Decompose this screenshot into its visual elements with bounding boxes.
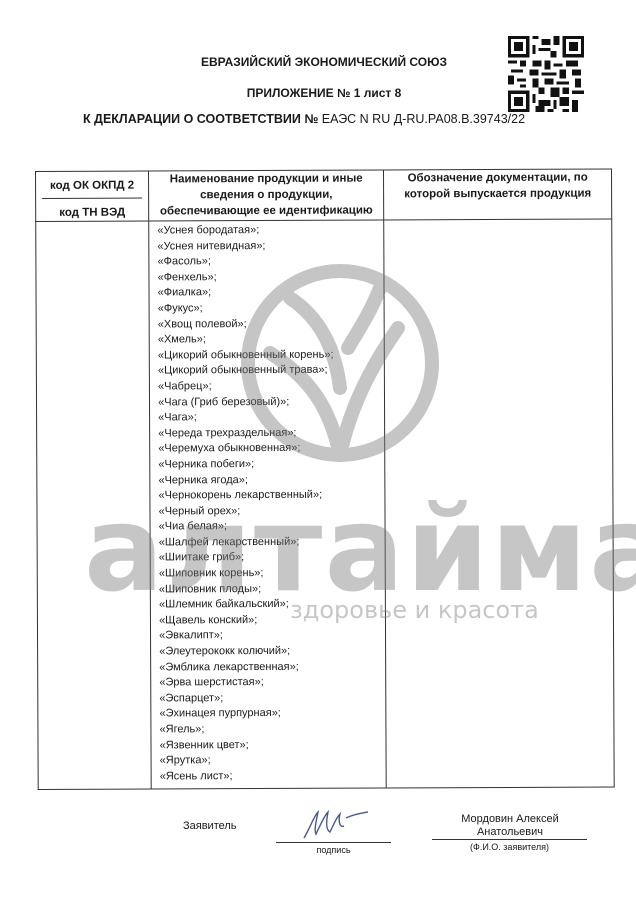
header-okpd2: код ОК ОКПД 2	[42, 172, 142, 199]
list-item: «Уснея нитевидная»;	[157, 238, 383, 255]
header-tnved: код ТН ВЭД	[36, 199, 148, 221]
list-item: «Фасоль»;	[157, 254, 383, 271]
documentation-cell	[384, 219, 614, 788]
list-item: «Цикорий обыкновенный корень»;	[158, 347, 384, 364]
declaration-number: ЕАЭС N RU Д-RU.РА08.В.39743/22	[322, 112, 525, 126]
list-item: «Ярутка»;	[160, 753, 386, 770]
table-header-row: код ОК ОКПД 2 код ТН ВЭД Наименование пр…	[36, 169, 612, 222]
signature-line	[276, 842, 391, 843]
codes-cell	[36, 221, 152, 790]
list-item: «Чага»;	[158, 410, 384, 427]
list-item: «Черный орех»;	[159, 503, 385, 520]
list-item: «Элеутерококк колючий»;	[159, 644, 385, 661]
list-item: «Фенхель»;	[158, 269, 384, 286]
name-line	[432, 839, 587, 840]
list-item: «Шиповник корень»;	[159, 566, 385, 583]
list-item: «Эрва шерстистая»;	[159, 675, 385, 692]
qr-code-icon	[508, 36, 584, 112]
header-documentation: Обозначение документации, по которой вып…	[384, 169, 612, 220]
applicant-label: Заявитель	[183, 820, 237, 832]
list-item: «Чага (Гриб березовый)»;	[158, 394, 384, 411]
list-item: «Язвенник цвет»;	[160, 737, 386, 754]
list-item: «Чабрец»;	[158, 378, 384, 395]
applicant-name: Мордовин Алексей Анатольевич	[440, 813, 580, 839]
list-item: «Шиповник плоды»;	[159, 581, 385, 598]
list-item: «Шалфей лекарственный»;	[159, 534, 385, 551]
list-item: «Эмблика лекарственная»;	[159, 659, 385, 676]
list-item: «Черника побеги»;	[158, 456, 384, 473]
product-list: «Уснея бородатая»;«Уснея нитевидная»;«Фа…	[149, 220, 386, 788]
list-item: «Эвкалипт»;	[159, 628, 385, 645]
list-item: «Черника ягода»;	[158, 472, 384, 489]
list-item: «Ягель»;	[160, 721, 386, 738]
signature-mark-icon	[300, 808, 370, 840]
list-item: «Ясень лист»;	[160, 768, 386, 785]
name-caption: (Ф.И.О. заявителя)	[432, 842, 587, 852]
list-item: «Уснея бородатая»;	[157, 222, 383, 239]
list-item: «Эхинацея пурпурная»;	[159, 706, 385, 723]
list-item: «Фукус»;	[158, 300, 384, 317]
list-item: «Чиа белая»;	[159, 519, 385, 536]
list-item: «Черемуха обыкновенная»;	[158, 441, 384, 458]
list-item: «Чернокорень лекарственный»;	[158, 488, 384, 505]
declaration-prefix: К ДЕКЛАРАЦИИ О СООТВЕТСТВИИ №	[83, 112, 322, 126]
list-item: «Эспарцет»;	[159, 690, 385, 707]
applicant-name-line2: Анатольевич	[440, 826, 580, 839]
products-table: код ОК ОКПД 2 код ТН ВЭД Наименование пр…	[35, 168, 615, 790]
list-item: «Цикорий обыкновенный трава»;	[158, 363, 384, 380]
applicant-name-line1: Мордовин Алексей	[440, 813, 580, 826]
list-item: «Хмель»;	[158, 332, 384, 349]
header-codes: код ОК ОКПД 2 код ТН ВЭД	[36, 171, 149, 221]
list-item: «Шиитаке гриб»;	[159, 550, 385, 567]
list-item: «Фиалка»;	[158, 285, 384, 302]
list-item: «Щавель конский»;	[159, 612, 385, 629]
table-row: «Уснея бородатая»;«Уснея нитевидная»;«Фа…	[36, 219, 614, 790]
declaration-title: К ДЕКЛАРАЦИИ О СООТВЕТСТВИИ № ЕАЭС N RU …	[0, 112, 622, 126]
header-product-name: Наименование продукции и иные сведения о…	[149, 170, 384, 221]
list-item: «Шлемник байкальский»;	[159, 597, 385, 614]
signature-caption: подпись	[276, 845, 391, 855]
product-list-cell: «Уснея бородатая»;«Уснея нитевидная»;«Фа…	[149, 220, 387, 789]
list-item: «Хвощ полевой»;	[158, 316, 384, 333]
list-item: «Череда трехраздельная»;	[158, 425, 384, 442]
